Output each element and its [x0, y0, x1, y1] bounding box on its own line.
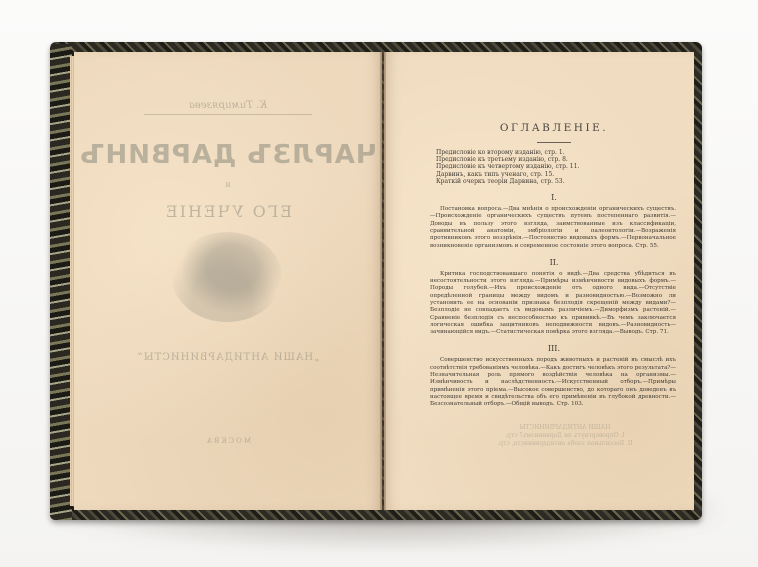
toc-heading: ОГЛАВЛЕНІЕ.: [430, 122, 678, 134]
bleed-title: ЧАРЛЗЪ ДАРВИНЪ: [74, 140, 382, 170]
toc-entry: Предисловіе къ четвертому изданію, стр. …: [436, 163, 678, 170]
bleed-pigeon-illustration: [172, 232, 282, 322]
bleed-subtitle: ЕГО УЧЕНІЕ: [74, 202, 382, 221]
bleed-author: К. Тимирязева: [74, 100, 382, 111]
bleed-heading: НАШИ АНТИДАРВИНИСТЫ: [470, 424, 660, 432]
toc-entry: Дарвинъ, какъ типъ ученаго, стр. 15.: [436, 171, 678, 178]
bleed-city: МОСКВА: [74, 437, 382, 445]
left-page-bleed-through: К. Тимирязева ЧАРЛЗЪ ДАРВИНЪ и ЕГО УЧЕНІ…: [74, 52, 382, 510]
section-number: I.: [430, 193, 678, 202]
toc-entry: Предисловіе ко второму изданію, стр. 1.: [436, 149, 678, 156]
table-of-contents: ОГЛАВЛЕНІЕ. Предисловіе ко второму издан…: [430, 120, 678, 409]
bleed-appendix: „НАШИ АНТИДАРВИНИСТЫ“: [74, 352, 382, 363]
toc-entry: Краткій очеркъ теоріи Дарвина, стр. 53.: [436, 178, 678, 185]
section-number: II.: [430, 258, 678, 267]
section-summary: Постановка вопроса.—Два мнѣнія о происхо…: [430, 206, 678, 250]
right-page-bleed-through: НАШИ АНТИДАРВИНИСТЫ I. Опровергнутъ ли Д…: [470, 424, 660, 448]
section-summary: Совершенство искусственныхъ породъ живот…: [430, 357, 678, 408]
toc-entry: Предисловіе къ третьему изданію, стр. 8.: [436, 156, 678, 163]
toc-rule: [537, 142, 571, 143]
section-summary: Критика господствовавшаго понятія о видѣ…: [430, 271, 678, 337]
bleed-author-rule: [144, 114, 312, 115]
bleed-conjunction: и: [74, 180, 382, 189]
bleed-line: II. Бессильная злоба антидарвиниста, стр…: [470, 440, 660, 448]
section-number: III.: [430, 344, 678, 353]
book-gutter: [380, 52, 386, 510]
toc-prefaces: Предисловіе ко второму изданію, стр. 1. …: [430, 149, 678, 185]
bleed-line: I. Опровергнутъ ли Дарвинизмъ? стр.: [470, 432, 660, 440]
book-spine-edge: [50, 44, 72, 520]
